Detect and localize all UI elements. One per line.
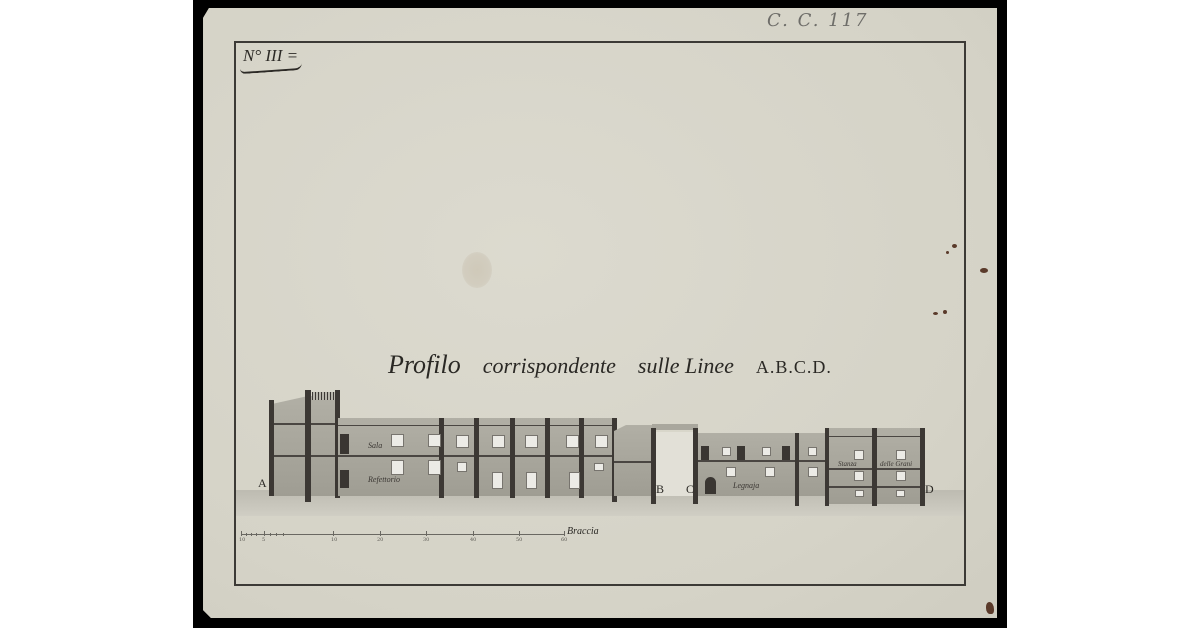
- wall-pillar: [545, 418, 550, 498]
- ink-spot: [980, 268, 988, 273]
- window: [525, 435, 538, 448]
- window: [854, 471, 864, 481]
- label-legnaja: Legnaja: [733, 481, 759, 490]
- window: [428, 434, 441, 447]
- window: [391, 460, 404, 475]
- scale-tick: [270, 533, 271, 536]
- scale-tick: [283, 533, 284, 536]
- wall-pillar: [439, 418, 444, 498]
- scale-tick: [564, 531, 565, 536]
- door: [569, 472, 580, 489]
- ink-spot: [943, 310, 947, 314]
- door-opening: [737, 446, 745, 460]
- wall-pillar: [510, 418, 515, 498]
- window: [566, 435, 579, 448]
- scale-tick: [473, 531, 474, 536]
- wall-pillar: [825, 428, 829, 506]
- scale-unit-label: Braccia: [567, 526, 599, 537]
- drawing-title: Profilocorrispondentesulle LineeA.B.C.D.: [388, 350, 832, 380]
- title-word-sulle-linee: sulle Linee: [638, 353, 734, 378]
- scale-tick: [333, 531, 334, 536]
- section-letter-d: D: [925, 482, 934, 497]
- window: [854, 450, 864, 460]
- wall-pillar: [305, 390, 311, 502]
- floor-line: [614, 461, 654, 463]
- paper-stain: [462, 252, 492, 288]
- wall-pillar: [795, 433, 799, 506]
- scale-tick: [256, 533, 257, 536]
- title-word-profilo: Profilo: [388, 350, 461, 379]
- window: [762, 447, 771, 456]
- label-sala: Sala: [368, 441, 382, 450]
- door: [526, 472, 537, 489]
- window: [765, 467, 775, 477]
- ink-spot: [986, 602, 994, 614]
- window: [391, 434, 404, 447]
- arched-door: [705, 477, 716, 494]
- window: [428, 460, 441, 475]
- ink-spot: [946, 251, 949, 254]
- window: [896, 490, 905, 497]
- scale-tick: [276, 533, 277, 536]
- scale-tick-label: 10: [239, 537, 245, 543]
- scale-tick: [519, 531, 520, 536]
- label-stanza: Stanza: [838, 460, 857, 468]
- wall-pillar: [269, 400, 274, 496]
- scale-tick-label: 30: [423, 537, 429, 543]
- door-opening: [340, 434, 349, 454]
- scale-line: [241, 534, 564, 535]
- wall-pillar: [474, 418, 479, 498]
- scale-tick-label: 60: [561, 537, 567, 543]
- label-delle-grani: delle Grani: [880, 460, 912, 468]
- door-opening: [782, 446, 790, 460]
- scale-tick: [241, 531, 242, 536]
- scale-tick-label: 40: [470, 537, 476, 543]
- roof-slab: [652, 424, 698, 430]
- door: [492, 472, 503, 489]
- scale-tick-label: 50: [516, 537, 522, 543]
- window: [722, 447, 731, 456]
- label-refettorio: Refettorio: [368, 475, 400, 484]
- window: [808, 467, 818, 477]
- door-opening: [701, 446, 709, 460]
- title-word-corrispondente: corrispondente: [483, 353, 616, 378]
- scale-tick-label: 10: [331, 537, 337, 543]
- scale-tick: [426, 531, 427, 536]
- window: [726, 467, 736, 477]
- scale-tick: [251, 533, 252, 536]
- scale-tick: [246, 533, 247, 536]
- window: [808, 447, 817, 456]
- ink-spot: [933, 312, 938, 315]
- window: [595, 435, 608, 448]
- legnaja-block: [698, 433, 826, 496]
- floor-line: [698, 460, 826, 462]
- window: [492, 435, 505, 448]
- window: [456, 435, 469, 448]
- door-opening: [340, 470, 349, 488]
- scale-tick: [264, 531, 265, 536]
- section-letter-a: A: [258, 476, 267, 491]
- catalog-mark: C. C. 117: [767, 10, 869, 31]
- scale-tick: [380, 531, 381, 536]
- title-section-letters: A.B.C.D.: [756, 357, 832, 377]
- section-letter-b: B: [656, 482, 664, 497]
- window: [855, 490, 864, 497]
- roof-hatching: [312, 392, 336, 400]
- ink-spot: [952, 244, 957, 248]
- scale-tick-label: 5: [262, 537, 265, 543]
- window: [896, 471, 906, 481]
- section-letter-c: C: [686, 482, 694, 497]
- scale-tick-label: 20: [377, 537, 383, 543]
- wall-pillar: [872, 428, 877, 506]
- window: [896, 450, 906, 460]
- window: [594, 463, 604, 471]
- window: [457, 462, 467, 472]
